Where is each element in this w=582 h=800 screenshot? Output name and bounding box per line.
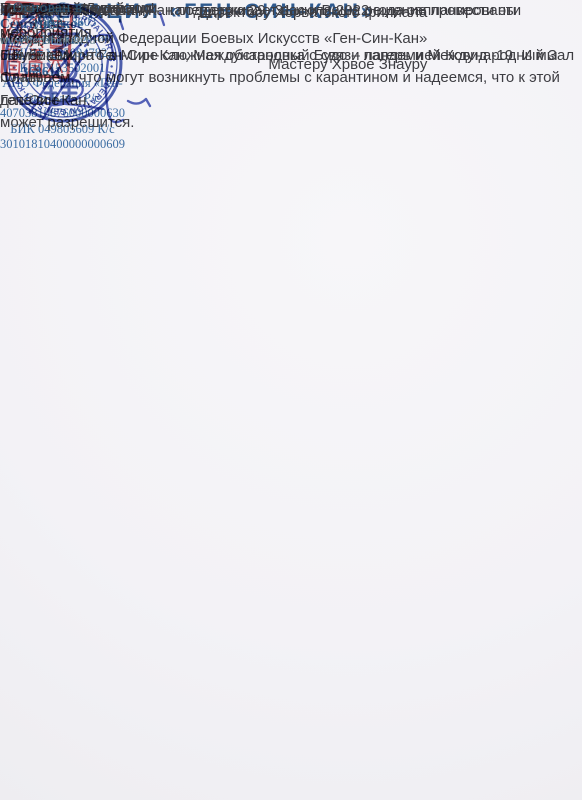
founded-label: Основан в 1988 [0, 0, 95, 34]
website-label: www.genshinkan.ru [0, 35, 95, 47]
scanned-letter-page: ФЕДЕРАЦИЯ «ГЕН-СИН-КАН» г.Якутск, Сергел… [0, 0, 582, 800]
footer-text: Основан в 1988 www.genshinkan.ru [0, 0, 95, 47]
